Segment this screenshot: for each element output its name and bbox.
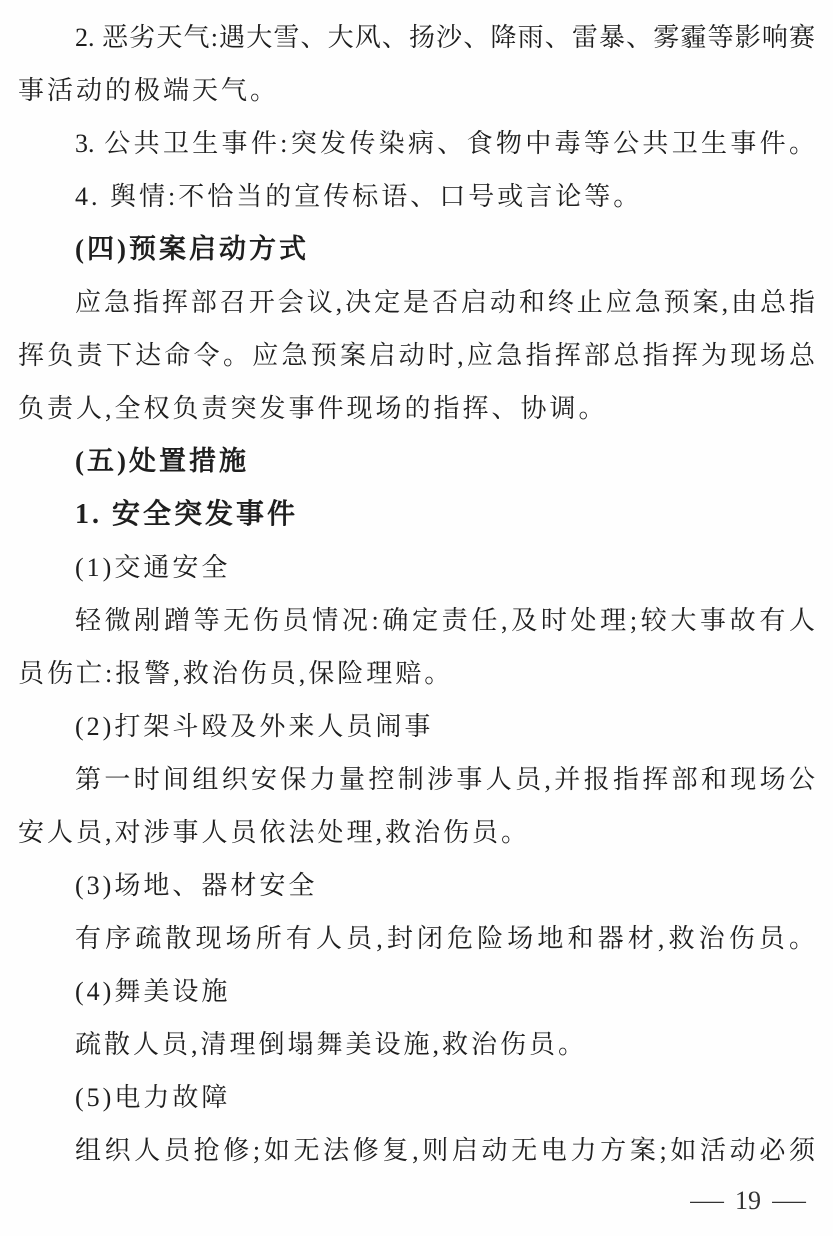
text-line: 组织人员抢修;如无法修复,则启动无电力方案;如活动必须 (18, 1124, 815, 1177)
text-line: 疏散人员,清理倒塌舞美设施,救治伤员。 (18, 1018, 815, 1071)
text-line: (3)场地、器材安全 (18, 859, 815, 912)
text-line: 安人员,对涉事人员依法处理,救治伤员。 (18, 806, 815, 859)
document-body: 2. 恶劣天气:遇大雪、大风、扬沙、降雨、雷暴、雾霾等影响赛事活动的极端天气。3… (18, 11, 815, 1177)
page-footer: — 19 — (695, 1186, 801, 1216)
text-line: (2)打架斗殴及外来人员闹事 (18, 700, 815, 753)
text-line: 有序疏散现场所有人员,封闭危险场地和器材,救治伤员。 (18, 912, 815, 965)
text-line: (5)电力故障 (18, 1071, 815, 1124)
text-line: 应急指挥部召开会议,决定是否启动和终止应急预案,由总指 (18, 276, 815, 329)
text-line: 轻微剐蹭等无伤员情况:确定责任,及时处理;较大事故有人 (18, 594, 815, 647)
section-heading: (四)预案启动方式 (18, 223, 815, 276)
text-line: 事活动的极端天气。 (18, 64, 815, 117)
text-line: 挥负责下达命令。应急预案启动时,应急指挥部总指挥为现场总 (18, 329, 815, 382)
text-line: 3. 公共卫生事件:突发传染病、食物中毒等公共卫生事件。 (18, 117, 815, 170)
text-line: (4)舞美设施 (18, 965, 815, 1018)
text-line: 4. 舆情:不恰当的宣传标语、口号或言论等。 (18, 170, 815, 223)
footer-dash-right: — (772, 1188, 806, 1215)
text-line: 员伤亡:报警,救治伤员,保险理赔。 (18, 647, 815, 700)
text-line: 负责人,全权负责突发事件现场的指挥、协调。 (18, 382, 815, 435)
footer-dash-left: — (690, 1188, 724, 1215)
text-line: 2. 恶劣天气:遇大雪、大风、扬沙、降雨、雷暴、雾霾等影响赛 (18, 11, 815, 64)
page-number: 19 (735, 1186, 761, 1216)
document-page: 2. 恶劣天气:遇大雪、大风、扬沙、降雨、雷暴、雾霾等影响赛事活动的极端天气。3… (0, 0, 833, 1236)
text-line: 第一时间组织安保力量控制涉事人员,并报指挥部和现场公 (18, 753, 815, 806)
section-heading: (五)处置措施 (18, 435, 815, 488)
text-line: (1)交通安全 (18, 541, 815, 594)
section-heading: 1. 安全突发事件 (18, 488, 815, 541)
